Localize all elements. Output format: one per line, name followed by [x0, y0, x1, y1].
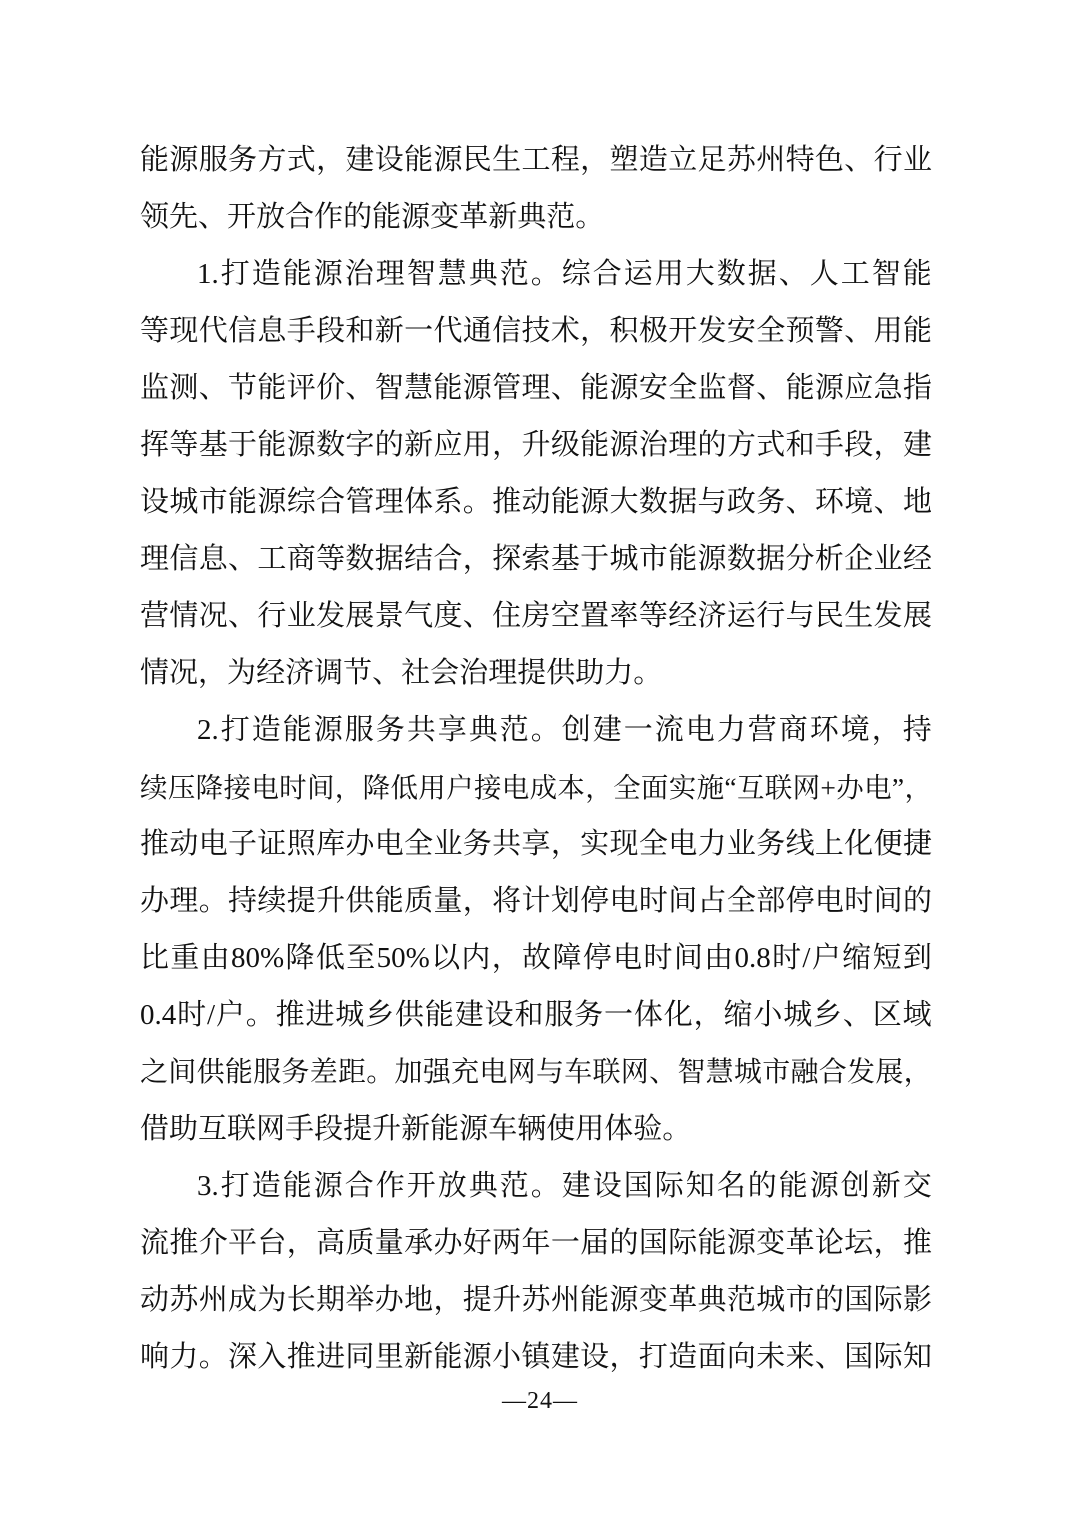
glyph: 城 [610, 531, 639, 588]
glyph: 成 [530, 759, 558, 816]
glyph: 立 [668, 132, 697, 189]
glyph: 能 [257, 417, 286, 474]
text-line: 响力。深入推进同里新能源小镇建设，打造面向未来、国际知 [140, 1329, 932, 1386]
glyph: 积 [610, 303, 639, 360]
glyph: 典 [517, 189, 546, 246]
glyph: 能 [375, 873, 404, 930]
glyph: 调 [314, 645, 343, 702]
glyph: 故 [522, 930, 551, 987]
glyph: 体 [604, 1101, 633, 1158]
glyph: 间 [168, 1044, 196, 1101]
glyph: 联 [765, 759, 793, 816]
glyph: 升 [372, 1101, 401, 1158]
glyph: 式 [756, 417, 785, 474]
glyph: 发 [847, 1044, 875, 1101]
glyph: 业 [727, 816, 756, 873]
glyph: 响 [140, 1329, 169, 1386]
glyph: 新 [872, 1158, 901, 1215]
glyph: 辆 [517, 1101, 546, 1158]
glyph: 。 [662, 1101, 691, 1158]
text-line: 流推介平台，高质量承办好两年一届的国际能源变革论坛，推 [140, 1215, 932, 1272]
glyph: 大 [610, 474, 639, 531]
glyph: 、 [874, 474, 903, 531]
glyph: 。 [246, 987, 275, 1044]
glyph: 建 [593, 702, 622, 759]
glyph: 力 [169, 1329, 198, 1386]
glyph: 提 [517, 645, 546, 702]
glyph: 将 [492, 873, 521, 930]
glyph: 和 [345, 303, 374, 360]
glyph: 管 [345, 474, 374, 531]
glyph: 析 [815, 531, 844, 588]
glyph: 理 [140, 531, 169, 588]
glyph: 治 [459, 645, 488, 702]
glyph: 间 [668, 873, 697, 930]
glyph: 源 [463, 1329, 492, 1386]
glyph: 源 [433, 132, 462, 189]
glyph: 行 [257, 588, 286, 645]
glyph: 设 [580, 1329, 609, 1386]
glyph: 务 [756, 474, 785, 531]
glyph: 代 [199, 303, 228, 360]
glyph: 治 [639, 417, 668, 474]
glyph: 息 [199, 531, 228, 588]
glyph: 急 [874, 360, 903, 417]
glyph: 打 [221, 1158, 250, 1215]
glyph: 信 [492, 303, 521, 360]
glyph: 一 [624, 702, 653, 759]
glyph: 接 [474, 759, 502, 816]
glyph: 。 [199, 1329, 228, 1386]
glyph: 综 [287, 474, 316, 531]
glyph: 智 [677, 1044, 705, 1101]
glyph: 推 [287, 1329, 316, 1386]
glyph: 价 [316, 360, 345, 417]
glyph: 市 [762, 1044, 790, 1101]
glyph: 能 [425, 987, 454, 1044]
glyph: 放 [438, 1158, 467, 1215]
glyph: 全 [639, 816, 668, 873]
glyph: 由 [201, 930, 230, 987]
glyph: 评 [287, 360, 316, 417]
glyph: 国 [639, 1215, 668, 1272]
glyph: 源 [580, 474, 609, 531]
glyph: 结 [404, 531, 433, 588]
glyph: 。 [366, 1044, 394, 1101]
glyph: 面 [698, 1329, 727, 1386]
glyph: 基 [199, 417, 228, 474]
glyph: 能 [283, 702, 312, 759]
glyph: 情 [140, 645, 169, 702]
glyph: 全 [756, 303, 785, 360]
glyph: 信 [228, 303, 257, 360]
page-background: 能源服务方式，建设能源民生工程，塑造立足苏州特色、行业领先、开放合作的能源变革新… [0, 0, 1080, 1527]
glyph: 监 [698, 360, 727, 417]
glyph: 设 [140, 474, 169, 531]
glyph: 州 [199, 1272, 228, 1329]
glyph: 的 [343, 189, 372, 246]
glyph: 经 [256, 645, 285, 702]
glyph: 造 [252, 1158, 281, 1215]
glyph: ， [874, 417, 903, 474]
glyph: 的 [610, 1215, 639, 1272]
glyph: 度 [433, 588, 462, 645]
glyph: / [207, 987, 215, 1044]
glyph: 1. [197, 246, 219, 303]
glyph: 作 [376, 1158, 405, 1215]
glyph: 便 [874, 816, 903, 873]
glyph: 色 [815, 132, 844, 189]
glyph: 。 [633, 645, 662, 702]
page-footer: —24— [0, 1388, 1080, 1415]
glyph: 社 [401, 645, 430, 702]
glyph: ” [892, 759, 904, 816]
glyph: 、 [649, 1044, 677, 1101]
glyph: 能 [580, 1272, 609, 1329]
glyph: 知 [903, 1329, 932, 1386]
glyph: 、 [815, 1329, 844, 1386]
glyph: 电 [864, 759, 892, 816]
glyph: 应 [844, 360, 873, 417]
glyph: 、 [345, 360, 374, 417]
glyph: 电 [610, 873, 639, 930]
glyph: 能 [903, 303, 932, 360]
glyph: 索 [521, 531, 550, 588]
text-line: 营情况、行业发展景气度、住房空置率等经济运行与民生发展 [140, 588, 932, 645]
glyph: 业 [287, 588, 316, 645]
text-line: 续压降接电时间，降低用户接电成本，全面实施“互联网+办电”， [140, 759, 932, 816]
text-line: 推动电子证照库办电全业务共享，实现全电力业务线上化便捷 [140, 816, 932, 873]
glyph: 障 [552, 930, 581, 987]
glyph: 与 [536, 1044, 564, 1101]
glyph: 源 [459, 1101, 488, 1158]
glyph: 2. [197, 702, 219, 759]
glyph: 用 [463, 417, 492, 474]
glyph: ， [580, 132, 609, 189]
page-number: —24— [502, 1388, 578, 1414]
glyph: 建 [551, 1329, 580, 1386]
glyph: 等 [316, 531, 345, 588]
glyph: 小 [492, 1329, 521, 1386]
glyph: 的 [903, 873, 932, 930]
glyph: 先 [169, 189, 198, 246]
glyph: 间 [307, 759, 335, 816]
glyph: 际 [655, 1158, 684, 1215]
glyph: 业 [874, 531, 903, 588]
glyph: 成 [228, 1272, 257, 1329]
glyph: 交 [903, 1158, 932, 1215]
glyph: 范 [500, 246, 529, 303]
glyph: 预 [786, 303, 815, 360]
glyph: 况 [199, 588, 228, 645]
glyph: 合 [316, 474, 345, 531]
glyph: + [820, 759, 836, 816]
glyph: ， [316, 132, 345, 189]
glyph: 革 [786, 1215, 815, 1272]
glyph: 源 [401, 189, 430, 246]
glyph: 合 [819, 1044, 847, 1101]
glyph: 之 [140, 1044, 168, 1101]
glyph: 建 [455, 987, 484, 1044]
glyph: 典 [469, 246, 498, 303]
glyph: 推 [276, 987, 305, 1044]
glyph: 开 [227, 189, 256, 246]
glyph: 国 [624, 1158, 653, 1215]
glyph: 提 [343, 1101, 372, 1158]
glyph: 等 [140, 303, 169, 360]
glyph: 的 [698, 417, 727, 474]
glyph: 时 [844, 873, 873, 930]
glyph: 理 [375, 474, 404, 531]
glyph: 名 [717, 1158, 746, 1215]
glyph: 库 [316, 816, 345, 873]
glyph: 工 [521, 132, 550, 189]
glyph: 州 [551, 1272, 580, 1329]
glyph: 以 [431, 930, 460, 987]
glyph: ， [874, 1215, 903, 1272]
glyph: 实 [669, 759, 697, 816]
glyph: 管 [492, 360, 521, 417]
glyph: 新 [375, 303, 404, 360]
glyph: 济 [698, 588, 727, 645]
glyph: 探 [492, 531, 521, 588]
glyph: 节 [228, 360, 257, 417]
glyph: 能 [668, 531, 697, 588]
glyph: 式 [287, 132, 316, 189]
glyph: 全 [668, 360, 697, 417]
glyph: 慧 [438, 246, 467, 303]
glyph: 运 [727, 588, 756, 645]
glyph: 质 [345, 1215, 374, 1272]
glyph: 联 [593, 1044, 621, 1101]
glyph: 综 [562, 246, 591, 303]
glyph: 能 [283, 1158, 312, 1215]
glyph: 坛 [844, 1215, 873, 1272]
glyph: 于 [580, 531, 609, 588]
glyph: 降 [363, 759, 391, 816]
glyph: 市 [639, 531, 668, 588]
glyph: 缩 [842, 930, 871, 987]
glyph: 计 [521, 873, 550, 930]
glyph: 用 [575, 1101, 604, 1158]
glyph: 降 [286, 930, 315, 987]
glyph: 变 [430, 189, 459, 246]
glyph: 。 [199, 873, 228, 930]
glyph: 警 [815, 303, 844, 360]
glyph: 论 [815, 1215, 844, 1272]
glyph: 革 [459, 189, 488, 246]
glyph: 低 [390, 759, 418, 816]
glyph: 地 [903, 474, 932, 531]
glyph: 停 [786, 873, 815, 930]
glyph: 动 [521, 474, 550, 531]
glyph: 源 [810, 1158, 839, 1215]
glyph: 承 [404, 1215, 433, 1272]
glyph: 变 [756, 1215, 785, 1272]
glyph: 造 [668, 1329, 697, 1386]
glyph: 环 [815, 474, 844, 531]
text-line: 设城市能源综合管理体系。推动能源大数据与政务、环境、地 [140, 474, 932, 531]
glyph: ， [904, 1044, 932, 1101]
glyph: 业 [433, 816, 462, 873]
glyph: 借 [140, 1101, 169, 1158]
glyph: 务 [756, 816, 785, 873]
glyph: 、 [786, 474, 815, 531]
glyph: 户 [446, 759, 474, 816]
glyph: 的 [815, 1272, 844, 1329]
glyph: 电 [668, 816, 697, 873]
glyph: 、 [228, 531, 257, 588]
text-line: 办理。持续提升供能质量，将计划停电时间占全部停电时间的 [140, 873, 932, 930]
glyph: 空 [551, 588, 580, 645]
glyph: 发 [698, 303, 727, 360]
glyph: 术 [551, 303, 580, 360]
glyph: 设 [485, 987, 514, 1044]
glyph: 系 [433, 474, 462, 531]
glyph: ， [198, 645, 227, 702]
glyph: 推 [492, 474, 521, 531]
text-line: 借助互联网手段提升新能源车辆使用体验。 [140, 1101, 932, 1158]
glyph: 展 [875, 1044, 903, 1101]
glyph: 源 [727, 1215, 756, 1272]
glyph: 网 [793, 759, 821, 816]
glyph: 能 [228, 474, 257, 531]
glyph: 、 [228, 588, 257, 645]
glyph: 持 [903, 702, 932, 759]
glyph: 置 [580, 588, 609, 645]
glyph: 、 [198, 189, 227, 246]
glyph: 。 [575, 189, 604, 246]
glyph: 能 [257, 360, 286, 417]
glyph: 3. [197, 1158, 219, 1215]
glyph: 源 [257, 474, 286, 531]
glyph: 平 [228, 1215, 257, 1272]
glyph: 升 [316, 873, 345, 930]
glyph: 务 [463, 816, 492, 873]
glyph: 通 [463, 303, 492, 360]
glyph: 能 [779, 1158, 808, 1215]
glyph: 建 [562, 1158, 591, 1215]
glyph: 差 [310, 1044, 338, 1101]
glyph: 理 [668, 417, 697, 474]
glyph: 房 [521, 588, 550, 645]
glyph: 使 [546, 1101, 575, 1158]
glyph: 间 [874, 873, 903, 930]
glyph: 体 [404, 474, 433, 531]
glyph: 经 [903, 531, 932, 588]
glyph: 等 [169, 417, 198, 474]
glyph: 镇 [521, 1329, 550, 1386]
glyph: 新 [401, 1101, 430, 1158]
glyph: 短 [873, 930, 902, 987]
glyph: 电 [502, 759, 530, 816]
glyph: 能 [372, 189, 401, 246]
glyph: 际 [874, 1329, 903, 1386]
glyph: 况 [169, 645, 198, 702]
glyph: 源 [610, 1272, 639, 1329]
glyph: 技 [521, 303, 550, 360]
glyph: 据 [756, 531, 785, 588]
glyph: 乡 [365, 987, 394, 1044]
glyph: ， [551, 816, 580, 873]
glyph: 停 [583, 930, 612, 987]
glyph: 捷 [903, 816, 932, 873]
glyph: 一 [551, 1215, 580, 1272]
glyph: 量 [375, 1215, 404, 1272]
glyph: 民 [815, 588, 844, 645]
glyph: 内 [461, 930, 490, 987]
glyph: 务 [281, 1044, 309, 1101]
glyph: 住 [492, 588, 521, 645]
glyph: 全 [727, 873, 756, 930]
glyph: 助 [575, 645, 604, 702]
glyph: ， [585, 759, 613, 816]
glyph: 工 [841, 246, 870, 303]
glyph: 企 [844, 531, 873, 588]
glyph: 监 [140, 360, 169, 417]
glyph: 设 [375, 132, 404, 189]
glyph: 市 [786, 1272, 815, 1329]
glyph: 充 [451, 1044, 479, 1101]
glyph: 气 [404, 588, 433, 645]
glyph: 城 [783, 987, 812, 1044]
glyph: 变 [639, 1272, 668, 1329]
glyph: 人 [810, 246, 839, 303]
glyph: 服 [345, 702, 374, 759]
glyph: 安 [727, 303, 756, 360]
glyph: 景 [375, 588, 404, 645]
glyph: 推 [903, 1215, 932, 1272]
glyph: 工 [257, 531, 286, 588]
glyph: 全 [404, 816, 433, 873]
glyph: 范 [500, 702, 529, 759]
glyph: 里 [375, 1329, 404, 1386]
glyph: 新 [404, 1329, 433, 1386]
glyph: ， [580, 303, 609, 360]
glyph: 典 [469, 1158, 498, 1215]
glyph: 享 [521, 816, 550, 873]
glyph: 现 [169, 303, 198, 360]
glyph: 电 [815, 873, 844, 930]
glyph: 大 [686, 246, 715, 303]
glyph: 能 [140, 132, 169, 189]
glyph: 提 [287, 873, 316, 930]
glyph: 慧 [706, 1044, 734, 1101]
glyph: 州 [756, 132, 785, 189]
glyph: 质 [404, 873, 433, 930]
glyph: 行 [756, 588, 785, 645]
glyph: 理 [521, 360, 550, 417]
glyph: 力 [698, 816, 727, 873]
text-line: 等现代信息手段和新一代通信技术，积极开发安全预警、用能 [140, 303, 932, 360]
glyph: 时 [772, 930, 801, 987]
glyph: 一 [404, 303, 433, 360]
glyph: 苏 [521, 1272, 550, 1329]
glyph: 手 [287, 303, 316, 360]
glyph: 展 [345, 588, 374, 645]
glyph: ， [287, 1215, 316, 1272]
glyph: 互 [737, 759, 765, 816]
glyph: 施 [697, 759, 725, 816]
text-line: 0.4时/户。推进城乡供能建设和服务一体化，缩小城乡、区域 [140, 987, 932, 1044]
glyph: 国 [844, 1329, 873, 1386]
glyph: 代 [433, 303, 462, 360]
glyph: 塑 [610, 132, 639, 189]
glyph: 政 [727, 474, 756, 531]
glyph: 进 [305, 987, 334, 1044]
glyph: 长 [287, 1272, 316, 1329]
glyph: 、 [844, 132, 873, 189]
